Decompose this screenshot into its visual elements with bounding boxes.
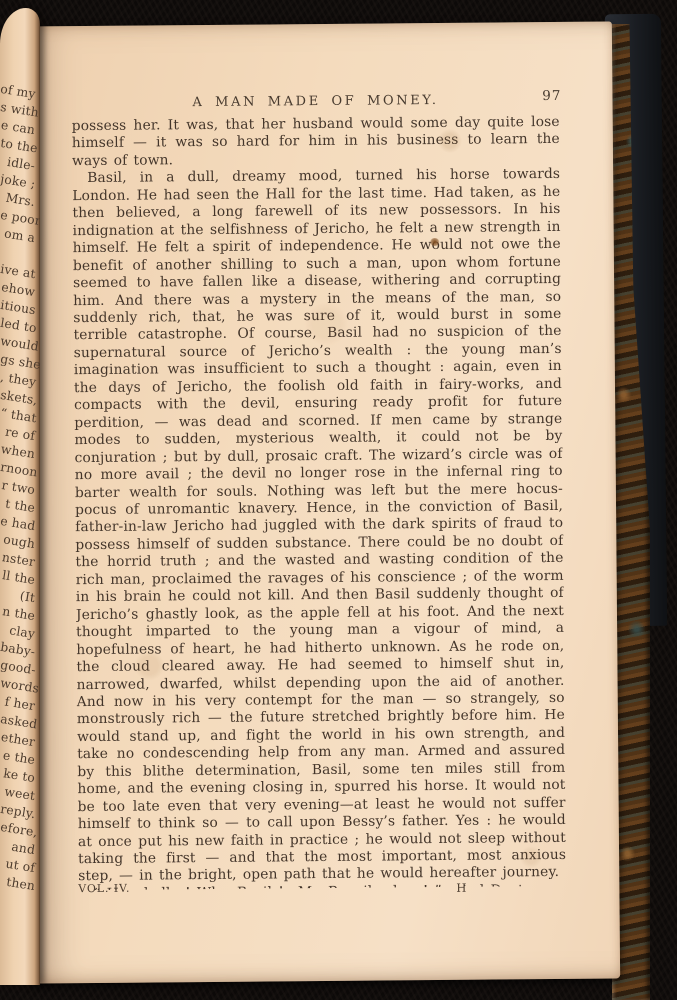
paragraph: Basil, in a dull, dreamy mood, turned hi… bbox=[72, 166, 566, 886]
page-number: 97 bbox=[542, 88, 561, 104]
book-page: A MAN MADE OF MONEY. 97 possess her. It … bbox=[24, 21, 620, 983]
volume-label: VOL. IV. bbox=[78, 882, 130, 895]
page-body: possess her. It was, that her husband wo… bbox=[72, 114, 567, 890]
facing-page-edge: of mys withe canto theidle-joke ;Mrs.e p… bbox=[0, 8, 40, 985]
paragraph: possess her. It was, that her husband wo… bbox=[72, 114, 560, 171]
page-title: A MAN MADE OF MONEY. bbox=[192, 93, 438, 110]
photo-backdrop: of mys withe canto theidle-joke ;Mrs.e p… bbox=[0, 0, 677, 1000]
page-footer: VOL. IV. H bbox=[78, 878, 566, 898]
facing-page-text-fragments: of mys withe canto theidle-joke ;Mrs.e p… bbox=[0, 8, 40, 896]
ink-blot bbox=[430, 238, 440, 246]
signature-mark: H bbox=[456, 881, 467, 895]
running-header: A MAN MADE OF MONEY. 97 bbox=[71, 88, 559, 110]
